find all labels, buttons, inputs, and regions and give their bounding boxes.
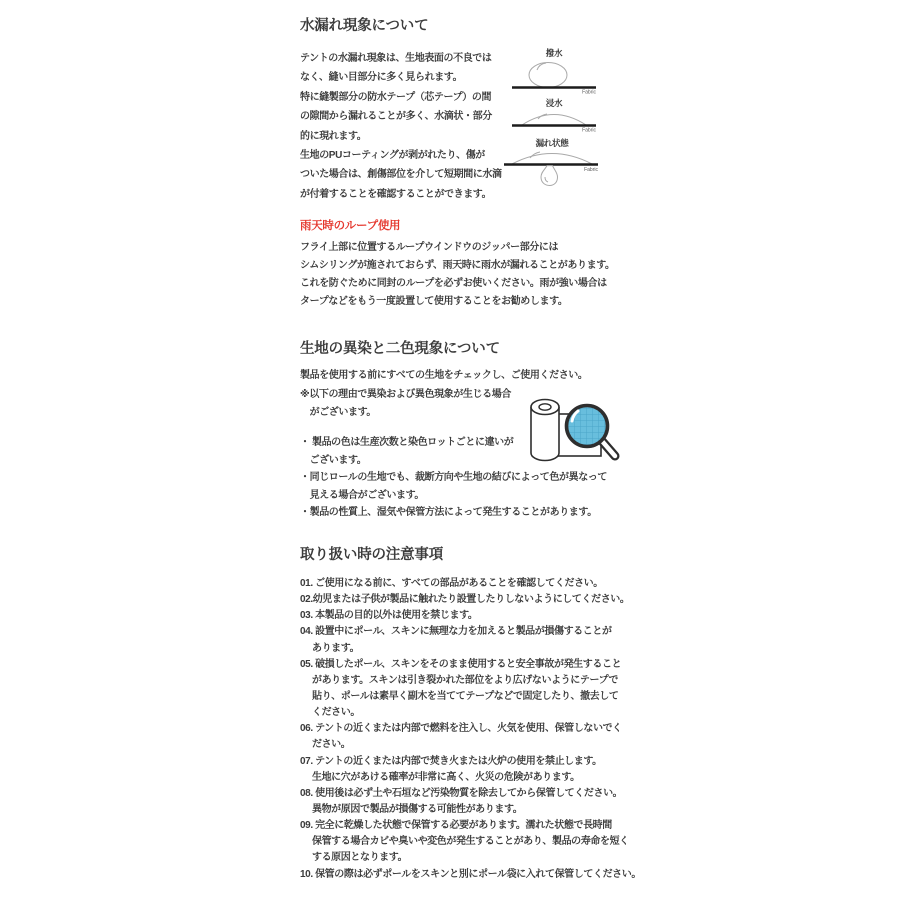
diagram-label: 撥水 (546, 48, 563, 58)
rain-loop-body: フライ上部に位置するループウインドウのジッパー部分には シムシリングが施されてお… (300, 239, 630, 311)
list-line: する原因となります。 (300, 850, 640, 866)
bullet-line: ・同じロールの生地でも、裁断方向や生地の結びによって色が異なって (300, 469, 630, 487)
list-line: 04. 設置中にポール、スキンに無理な力を加えると製品が損傷することが (300, 624, 640, 640)
list-line: あります。 (300, 641, 640, 657)
body-line: が付着することを確認することができます。 (300, 185, 510, 204)
body-line: 特に縫製部分の防水テープ（芯テープ）の間 (300, 88, 510, 107)
list-line: ださい。 (300, 737, 640, 753)
soak-diagram-icon: 浸水 Fabric (508, 95, 600, 133)
bullet-line: ・製品の性質上、湿気や保管方法によって発生することがあります。 (300, 504, 630, 522)
body-line: 製品を使用する前にすべての生地をチェックし、ご使用ください。 (300, 367, 630, 386)
body-line: なく、縫い目部分に多く見られます。 (300, 68, 510, 87)
water-repellent-diagram-icon: 撥水 Fabric (508, 45, 600, 95)
body-line: の隙間から漏れることが多く、水滴状・部分 (300, 107, 510, 126)
list-line: ください。 (300, 705, 640, 721)
list-line: 生地に穴があける確率が非常に高く、火災の危険があります。 (300, 770, 640, 786)
list-line: 03. 本製品の目的以外は使用を禁じます。 (300, 608, 640, 624)
fabric-label: Fabric (584, 167, 598, 173)
list-line: 02.幼児または子供が製品に触れたり設置したりしないようにしてください。 (300, 592, 640, 608)
bullet-line: 見える場合がございます。 (300, 487, 630, 505)
list-line: 保管する場合カビや臭いや変色が発生することがあり、製品の寿命を短く (300, 834, 640, 850)
leak-state-diagram-icon: 漏れ状態 Fabric (504, 136, 604, 190)
rain-loop-heading: 雨天時のループ使用 (300, 217, 400, 233)
list-line: 異物が原因で製品が損傷する可能性があります。 (300, 802, 640, 818)
list-line: 貼り、ポールは素早く副木を当ててテープなどで固定したり、撤去して (300, 689, 640, 705)
list-line: 10. 保管の際は必ずポールをスキンと別にポール袋に入れて保管してください。 (300, 867, 640, 883)
diagram-label: 漏れ状態 (536, 138, 570, 148)
precautions-section-title: 取り扱い時の注意事項 (300, 543, 443, 564)
dye-section-bullets: ・ 製品の色は生産次数と染色ロットごとに違いが ございます。 ・同じロールの生地… (300, 434, 630, 522)
leak-section-title: 水漏れ現象について (300, 14, 428, 35)
bullet-line: ございます。 (300, 452, 630, 470)
list-line: 07. テントの近くまたは内部で焚き火または火炉の使用を禁止します。 (300, 754, 640, 770)
list-line: 06. テントの近くまたは内部で燃料を注入し、火気を使用、保管しないでく (300, 721, 640, 737)
list-line: 08. 使用後は必ず土や石垣など汚染物質を除去してから保管してください。 (300, 786, 640, 802)
bullet-line: ・ 製品の色は生産次数と染色ロットごとに違いが (300, 434, 630, 452)
list-line: 01. ご使用になる前に、すべての部品があることを確認してください。 (300, 576, 640, 592)
body-line: テントの水漏れ現象は、生地表面の不良では (300, 49, 510, 68)
list-line: があります。スキンは引き裂かれた部位をより広げないようにテープで (300, 673, 640, 689)
body-line: シムシリングが施されておらず、雨天時に雨水が漏れることがあります。 (300, 257, 630, 275)
body-line: タープなどをもう一度設置して使用することをお勧めします。 (300, 293, 630, 311)
body-line: フライ上部に位置するループウインドウのジッパー部分には (300, 239, 630, 257)
list-line: 09. 完全に乾燥した状態で保管する必要があります。濡れた状態で長時間 (300, 818, 640, 834)
list-line: 05. 破損したポール、スキンをそのまま使用すると安全事故が発生すること (300, 657, 640, 673)
body-line: 生地のPUコーティングが剥がれたり、傷が (300, 146, 510, 165)
diagram-label: 浸水 (546, 98, 563, 108)
leak-section-body: テントの水漏れ現象は、生地表面の不良では なく、縫い目部分に多く見られます。 特… (300, 49, 510, 204)
body-line: ついた場合は、創傷部位を介して短期間に水滴 (300, 165, 510, 184)
body-line: 的に現れます。 (300, 127, 510, 146)
precautions-list: 01. ご使用になる前に、すべての部品があることを確認してください。 02.幼児… (300, 576, 640, 883)
dye-section-title: 生地の異染と二色現象について (300, 337, 500, 358)
fabric-label: Fabric (582, 128, 596, 134)
body-line: これを防ぐために同封のループを必ずお使いください。雨が強い場合は (300, 275, 630, 293)
